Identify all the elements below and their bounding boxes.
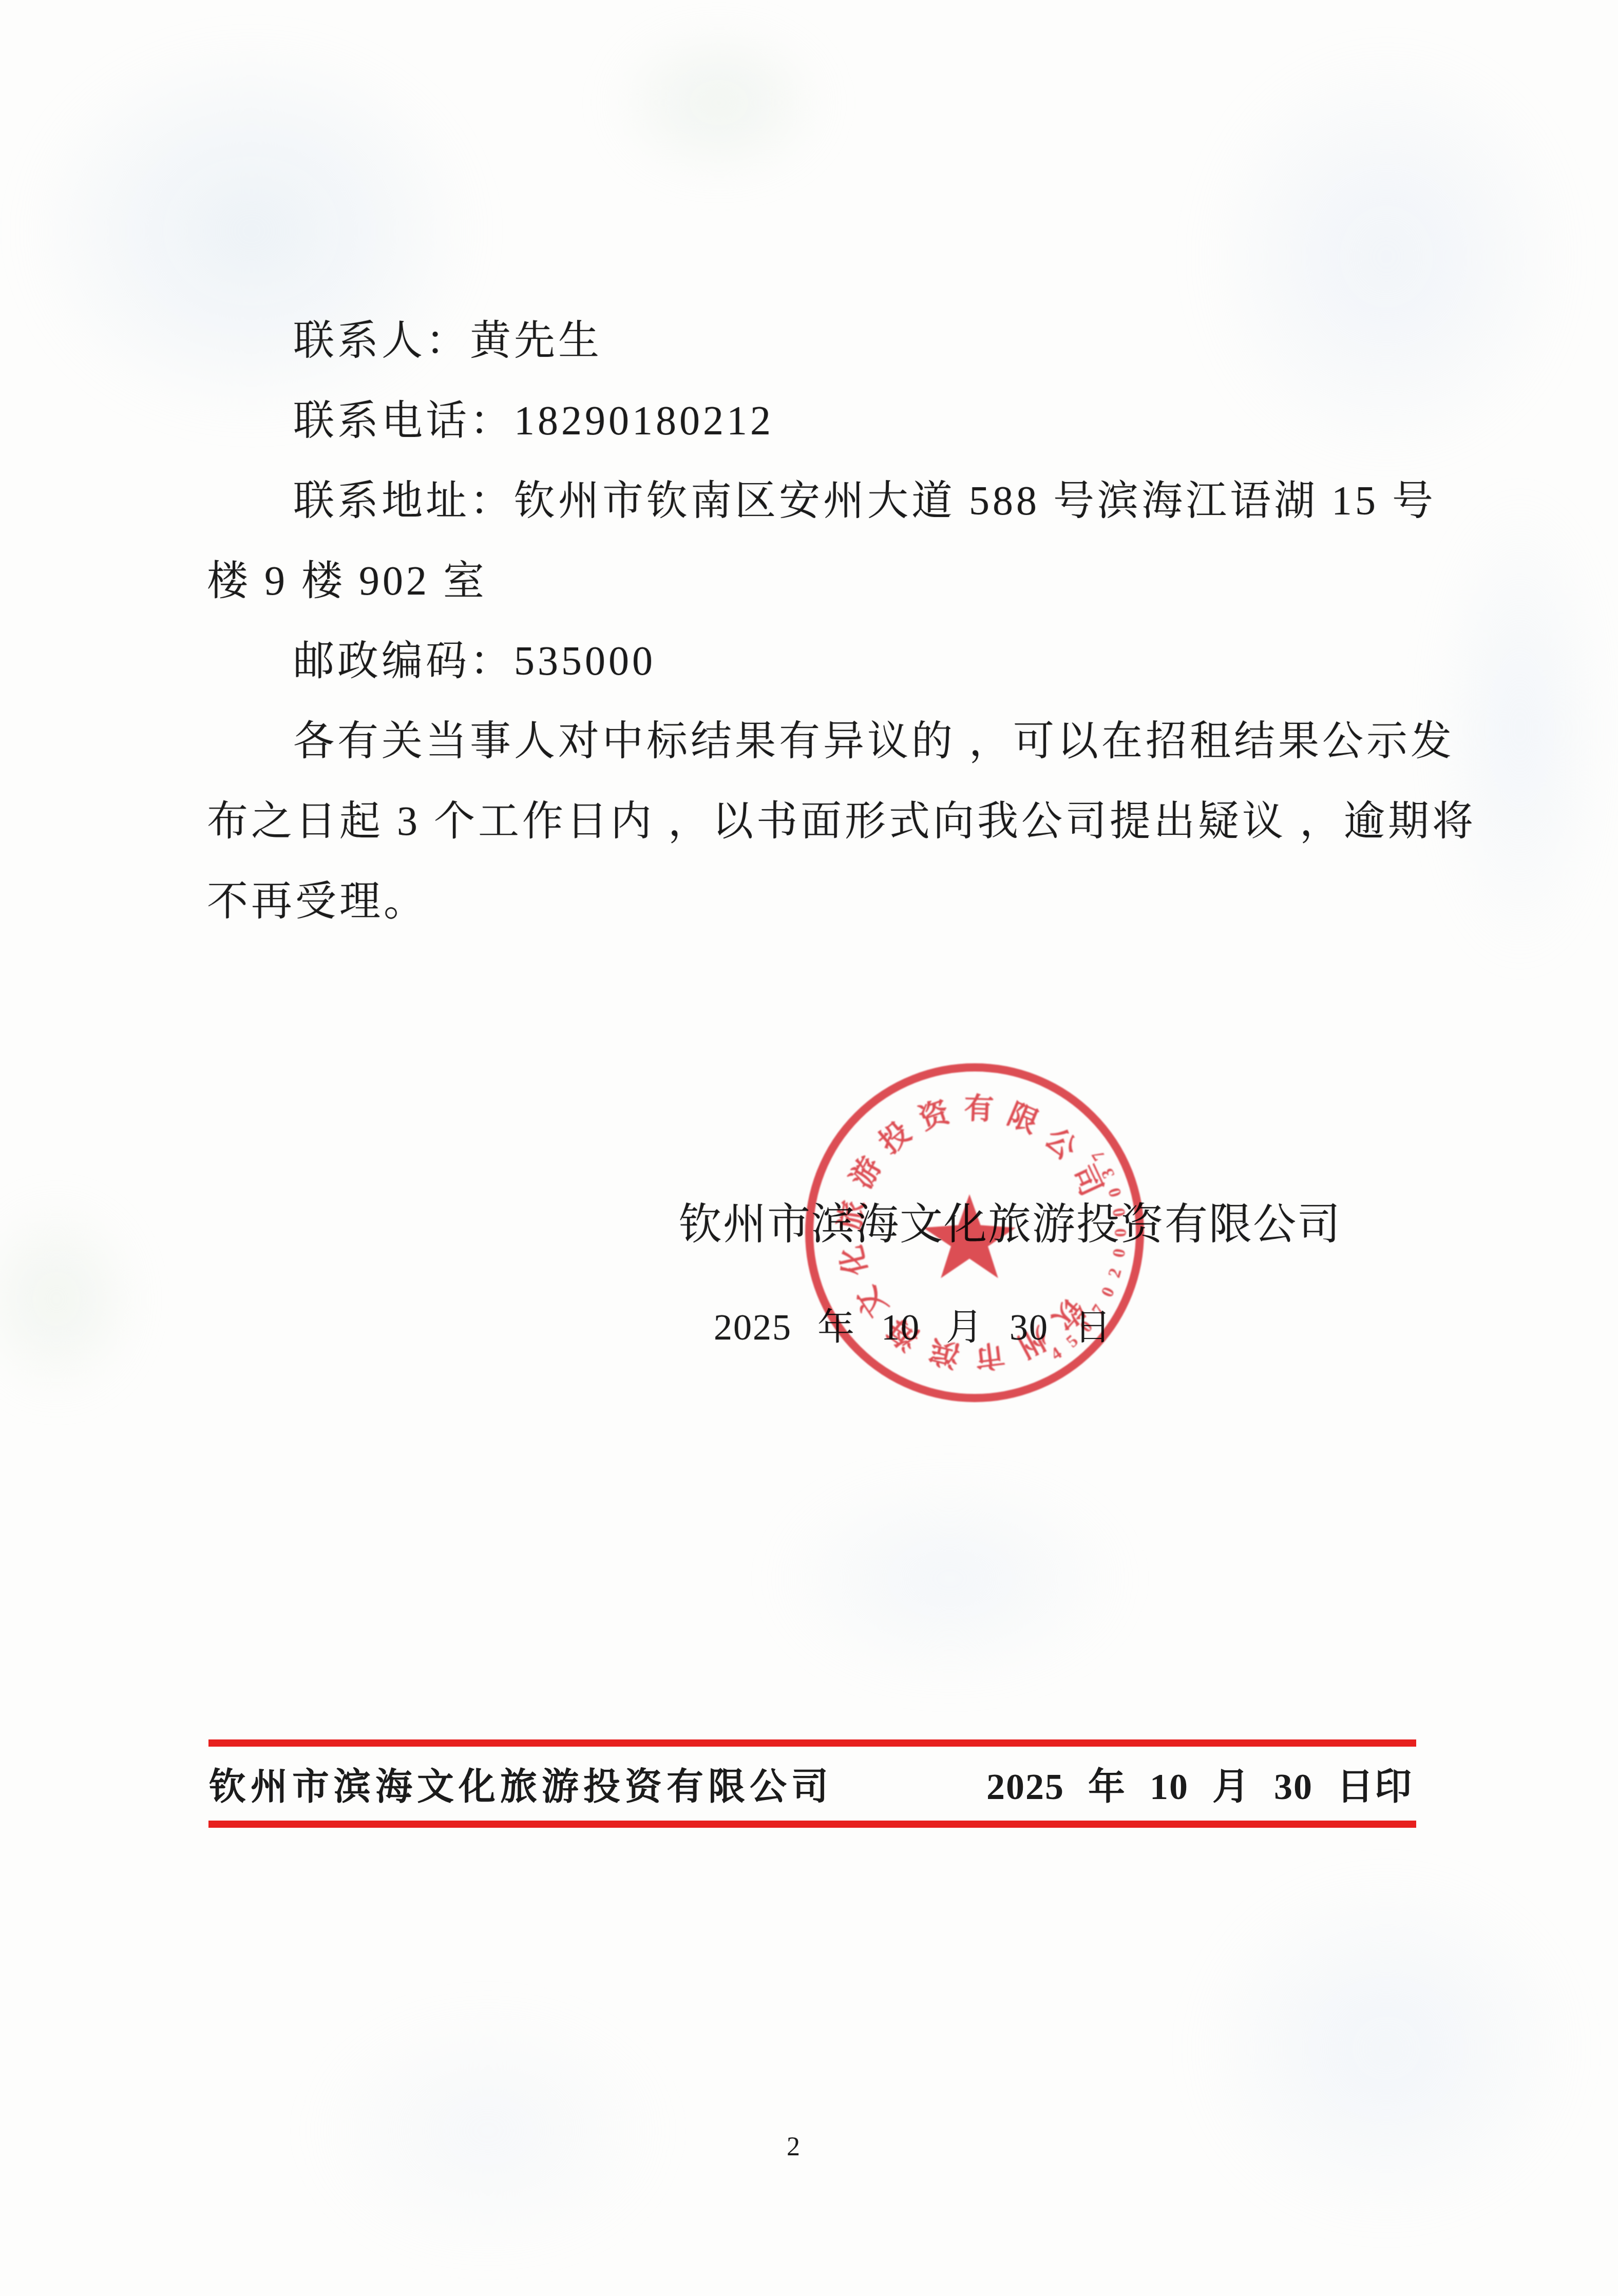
scan-artifact [0,1196,144,1402]
scan-artifact [1191,1869,1582,2228]
scan-artifact [308,2002,668,2259]
seal-arc-char: 投 [868,1110,919,1161]
seal-number-digit: 0 [1095,1279,1122,1306]
footer-company-name: 钦州市滨海文化旅游投资有限公司 [209,1768,833,1807]
seal-arc-char: 有 [960,1087,997,1124]
seal-number-digit: 2 [1102,1260,1128,1286]
seal-arc-char: 公 [1037,1116,1088,1167]
contact-person-line: 联系人：黄先生 [293,319,602,362]
scan-artifact [606,21,832,185]
seal-arc-char: 资 [910,1090,956,1136]
scan-artifact [1196,46,1576,467]
contact-phone-line: 联系电话：18290180212 [293,399,774,443]
seal-arc-char: 司 [1065,1155,1113,1203]
seal-arc-char: 游 [839,1147,888,1196]
postal-code-line: 邮政编码：535000 [293,640,656,683]
scan-artifact [21,36,483,426]
footer-rule-bottom [208,1821,1416,1828]
seal-number-digit: 3 [1095,1160,1122,1187]
notice-line-1: 各有关当事人对中标结果有异议的 ，可以在招租结果公示发 [293,720,1455,763]
scan-artifact [1427,493,1612,965]
signature-date: 2025 年 10 月 30 日 [714,1308,1112,1347]
footer-print-date: 2025 年 10 月 30 日印 [986,1768,1413,1807]
footer-rule-top [208,1739,1416,1747]
contact-address-line1: 联系地址：钦州市钦南区安州大道 588 号滨海江语湖 15 号 [293,480,1436,523]
notice-line-3: 不再受理。 [207,880,428,923]
seal-arc-char: 限 [1001,1093,1048,1140]
signature-company-name: 钦州市滨海文化旅游投资有限公司 [679,1202,1341,1248]
scanned-document-page: 联系人：黄先生 联系电话：18290180212 联系地址：钦州市钦南区安州大道… [0,0,1618,2296]
scan-artifact [770,1468,1130,1689]
notice-line-2: 布之日起 3 个工作日内 ，以书面形式向我公司提出疑议 ，逾期将 [207,800,1476,843]
page-number: 2 [773,2132,814,2162]
contact-address-line2: 楼 9 楼 902 室 [207,560,487,603]
seal-number-digit: 7 [1084,1141,1113,1169]
